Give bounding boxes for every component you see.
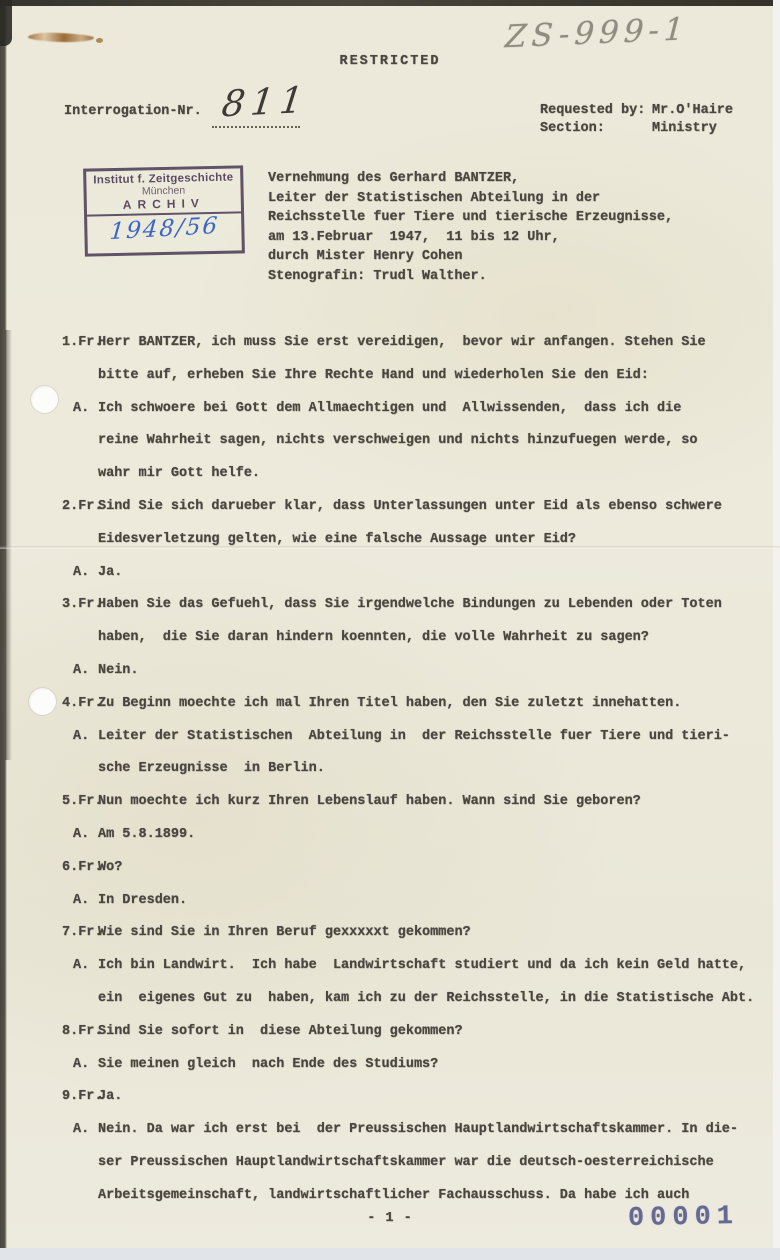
- header-block-line: Leiter der Statistischen Abteilung in de…: [268, 189, 673, 209]
- qa-entry-label: A.: [73, 1114, 89, 1147]
- requested-by-value: Mr.O'Haire: [652, 102, 733, 120]
- qa-entry-label: 1.Fr.: [62, 327, 103, 360]
- qa-entry-line: Ich bin Landwirt. Ich habe Landwirtschaf…: [98, 950, 780, 983]
- requested-by-row: Requested by: Mr.O'Haire: [540, 102, 733, 120]
- answer-entry: A.Nein.: [0, 655, 780, 688]
- question-entry: 7.Fr.Wie sind Sie in Ihren Beruf gexxxxx…: [0, 917, 780, 950]
- scanned-document-page: ZS-999-1 RESTRICTED Interrogation-Nr. 81…: [0, 0, 780, 1260]
- header-block-line: Reichsstelle fuer Tiere und tierische Er…: [268, 208, 673, 228]
- qa-entry-label: 5.Fr.: [62, 786, 103, 819]
- archive-number-handwritten: 1948/56: [86, 212, 242, 247]
- qa-entry-label: A.: [73, 557, 89, 590]
- qa-entry-line: Am 5.8.1899.: [98, 819, 780, 852]
- qa-entry-label: A.: [73, 393, 89, 426]
- qa-entry-line: sche Erzeugnisse in Berlin.: [98, 753, 780, 786]
- question-entry: 9.Fr.Ja.: [0, 1081, 780, 1114]
- pencil-file-reference: ZS-999-1: [504, 9, 746, 56]
- answer-entry: A.In Dresden.: [0, 885, 780, 918]
- interrogation-header-block: Vernehmung des Gerhard BANTZER,Leiter de…: [268, 169, 673, 286]
- page-stamp-number: 00001: [628, 1202, 740, 1234]
- qa-entry-line: haben, die Sie daran hindern koennten, d…: [98, 622, 780, 655]
- qa-entry-line: Leiter der Statistischen Abteilung in de…: [98, 721, 780, 754]
- question-entry: 5.Fr.Nun moechte ich kurz Ihren Lebensla…: [0, 786, 780, 819]
- section-label: Section:: [540, 120, 652, 138]
- qa-entry-line: reine Wahrheit sagen, nichts verschweige…: [98, 425, 780, 458]
- interrogation-number-label: Interrogation-Nr.: [64, 104, 202, 119]
- answer-entry: A.Nein. Da war ich erst bei der Preussis…: [0, 1114, 780, 1212]
- section-row: Section: Ministry: [540, 120, 733, 138]
- question-entry: 1.Fr.Herr BANTZER, ich muss Sie erst ver…: [0, 327, 780, 393]
- scan-corner-shadow: [0, 0, 12, 46]
- qa-entry-label: A.: [73, 950, 89, 983]
- answer-entry: A.Ja.: [0, 557, 780, 590]
- qa-entry-label: 8.Fr.: [62, 1016, 103, 1049]
- qa-entry-line: Nein.: [98, 655, 780, 688]
- answer-entry: A.Leiter der Statistischen Abteilung in …: [0, 721, 780, 787]
- section-value: Ministry: [652, 120, 717, 138]
- qa-entry-line: Nun moechte ich kurz Ihren Lebenslauf ha…: [98, 786, 780, 819]
- rust-stain-dot: [96, 38, 103, 43]
- question-entry: 8.Fr.Sind Sie sofort in diese Abteilung …: [0, 1016, 780, 1049]
- question-entry: 3.Fr.Haben Sie das Gefuehl, dass Sie irg…: [0, 589, 780, 655]
- qa-entry-line: Ja.: [98, 557, 780, 590]
- archive-stamp-archiv: ARCHIV: [87, 195, 241, 212]
- rust-stain: [28, 32, 94, 43]
- answer-entry: A.Ich schwoere bei Gott dem Allmaechtige…: [0, 393, 780, 491]
- qa-entry-label: A.: [73, 1049, 89, 1082]
- qa-entry-line: Haben Sie das Gefuehl, dass Sie irgendwe…: [98, 589, 780, 622]
- archive-stamp: Institut f. Zeitgeschichte München ARCHI…: [83, 165, 245, 256]
- qa-entry-line: Wo?: [98, 852, 780, 885]
- qa-entry-line: Sind Sie sofort in diese Abteilung gekom…: [98, 1016, 780, 1049]
- qa-entry-label: 7.Fr.: [62, 917, 103, 950]
- qa-entry-label: A.: [73, 721, 89, 754]
- header-block-line: Stenografin: Trudl Walther.: [268, 267, 673, 287]
- qa-entry-line: Ja.: [98, 1081, 780, 1114]
- qa-entry-line: Herr BANTZER, ich muss Sie erst vereidig…: [98, 327, 780, 360]
- question-entry: 4.Fr.Zu Beginn moechte ich mal Ihren Tit…: [0, 688, 780, 721]
- request-block: Requested by: Mr.O'Haire Section: Minist…: [540, 102, 733, 138]
- qa-entry-line: Sind Sie sich darueber klar, dass Unterl…: [98, 491, 780, 524]
- header-block-line: Vernehmung des Gerhard BANTZER,: [268, 169, 673, 189]
- qa-entry-label: 4.Fr.: [62, 688, 103, 721]
- qa-entry-line: wahr mir Gott helfe.: [98, 458, 780, 491]
- qa-entry-line: Wie sind Sie in Ihren Beruf gexxxxxt gek…: [98, 917, 780, 950]
- interrogation-number-underline: [212, 112, 300, 128]
- qa-entry-line: Zu Beginn moechte ich mal Ihren Titel ha…: [98, 688, 780, 721]
- header-block-line: am 13.Februar 1947, 11 bis 12 Uhr,: [268, 228, 673, 248]
- qa-entry-label: 9.Fr.: [62, 1081, 103, 1114]
- qa-entry-line: Nein. Da war ich erst bei der Preussisch…: [98, 1114, 780, 1147]
- qa-entry-line: Ich schwoere bei Gott dem Allmaechtigen …: [98, 393, 780, 426]
- answer-entry: A.Am 5.8.1899.: [0, 819, 780, 852]
- qa-entry-line: ser Preussischen Hauptlandwirtschaftskam…: [98, 1147, 780, 1180]
- scan-edge-bottom: [0, 1248, 780, 1260]
- qa-entry-label: 6.Fr.: [62, 852, 103, 885]
- qa-entry-line: In Dresden.: [98, 885, 780, 918]
- qa-list: 1.Fr.Herr BANTZER, ich muss Sie erst ver…: [0, 327, 780, 1213]
- qa-entry-line: ein eigenes Gut zu haben, kam ich zu der…: [98, 983, 780, 1016]
- answer-entry: A.Sie meinen gleich nach Ende des Studiu…: [0, 1049, 780, 1082]
- question-entry: 6.Fr.Wo?: [0, 852, 780, 885]
- header-block-line: durch Mister Henry Cohen: [268, 247, 673, 267]
- scan-edge-top: [0, 0, 780, 6]
- qa-entry-line: Sie meinen gleich nach Ende des Studiums…: [98, 1049, 780, 1082]
- question-entry: 2.Fr.Sind Sie sich darueber klar, dass U…: [0, 491, 780, 557]
- qa-entry-line: bitte auf, erheben Sie Ihre Rechte Hand …: [98, 360, 780, 393]
- qa-entry-label: A.: [73, 885, 89, 918]
- qa-entry-label: A.: [73, 819, 89, 852]
- answer-entry: A.Ich bin Landwirt. Ich habe Landwirtsch…: [0, 950, 780, 1016]
- qa-entry-line: Eidesverletzung gelten, wie eine falsche…: [98, 524, 780, 557]
- qa-entry-label: 2.Fr.: [62, 491, 103, 524]
- requested-by-label: Requested by:: [540, 102, 652, 120]
- classification-header: RESTRICTED: [0, 54, 780, 69]
- qa-entry-label: 3.Fr.: [62, 589, 103, 622]
- qa-entry-label: A.: [73, 655, 89, 688]
